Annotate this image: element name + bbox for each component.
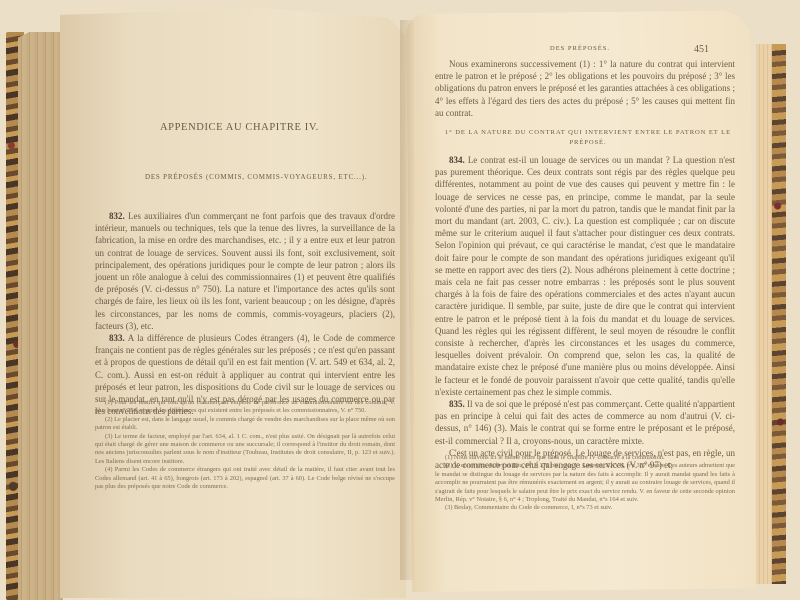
footnote-1: (1) Pour les motifs qui font qu'un comme… [95, 399, 395, 416]
left-page-stack [18, 32, 63, 600]
intro-paragraph: Nous examinerons successivement (1) : 1°… [435, 58, 735, 119]
left-page-footnotes: (1) Pour les motifs qui font qu'un comme… [95, 399, 395, 491]
paragraph-number: 835. [449, 399, 465, 409]
subsection-heading: 1° DE LA NATURE DU CONTRAT QUI INTERVIEN… [440, 128, 736, 148]
paragraph-text: Les auxiliaires d'un commerçant ne font … [95, 211, 395, 331]
page-number: 451 [694, 44, 709, 55]
footnote-3: (3) Beslay, Commentaire du Code de comme… [435, 504, 735, 512]
open-book-photo: APPENDICE AU CHAPITRE IV. DES PRÉPOSÉS (… [0, 0, 800, 600]
footnote-2: (2) Le placier est, dans le langage usue… [95, 416, 395, 433]
footnote-2: (2) V. en ce sens Aubry et Rau, IV, § 37… [435, 462, 735, 504]
paragraph-text: Il va de soi que le préposé n'est pas co… [435, 399, 735, 446]
running-head: DES PRÉPOSÉS. [550, 45, 610, 52]
right-page-body: 834. Le contrat est-il un louage de serv… [435, 154, 735, 471]
right-page-stack [756, 44, 772, 584]
paragraph-number: 834. [449, 155, 465, 165]
section-title: DES PRÉPOSÉS (COMMIS, COMMIS-VOYAGEURS, … [145, 173, 385, 181]
book-gutter [400, 20, 414, 580]
paragraph-number: 833. [109, 333, 125, 343]
footnote-1: (1) Nous suivons ici le même ordre que d… [435, 454, 735, 462]
left-page-body: 832. Les auxiliaires d'un commerçant ne … [95, 210, 395, 417]
paragraph-text: Le contrat est-il un louage de services … [435, 155, 735, 397]
footnote-4: (4) Parmi les Codes de commerce étranger… [95, 466, 395, 491]
right-marbled-cover [772, 44, 786, 584]
appendix-title: APPENDICE AU CHAPITRE IV. [160, 122, 360, 133]
footnote-3: (3) Le terme de facteur, employé par l'a… [95, 433, 395, 467]
right-page-intro: Nous examinerons successivement (1) : 1°… [435, 58, 735, 119]
right-page-footnotes: (1) Nous suivons ici le même ordre que d… [435, 454, 735, 513]
paragraph-832: 832. Les auxiliaires d'un commerçant ne … [95, 210, 395, 332]
paragraph-number: 832. [109, 211, 125, 221]
paragraph-835: 835. Il va de soi que le préposé n'est p… [435, 398, 735, 447]
paragraph-834: 834. Le contrat est-il un louage de serv… [435, 154, 735, 398]
